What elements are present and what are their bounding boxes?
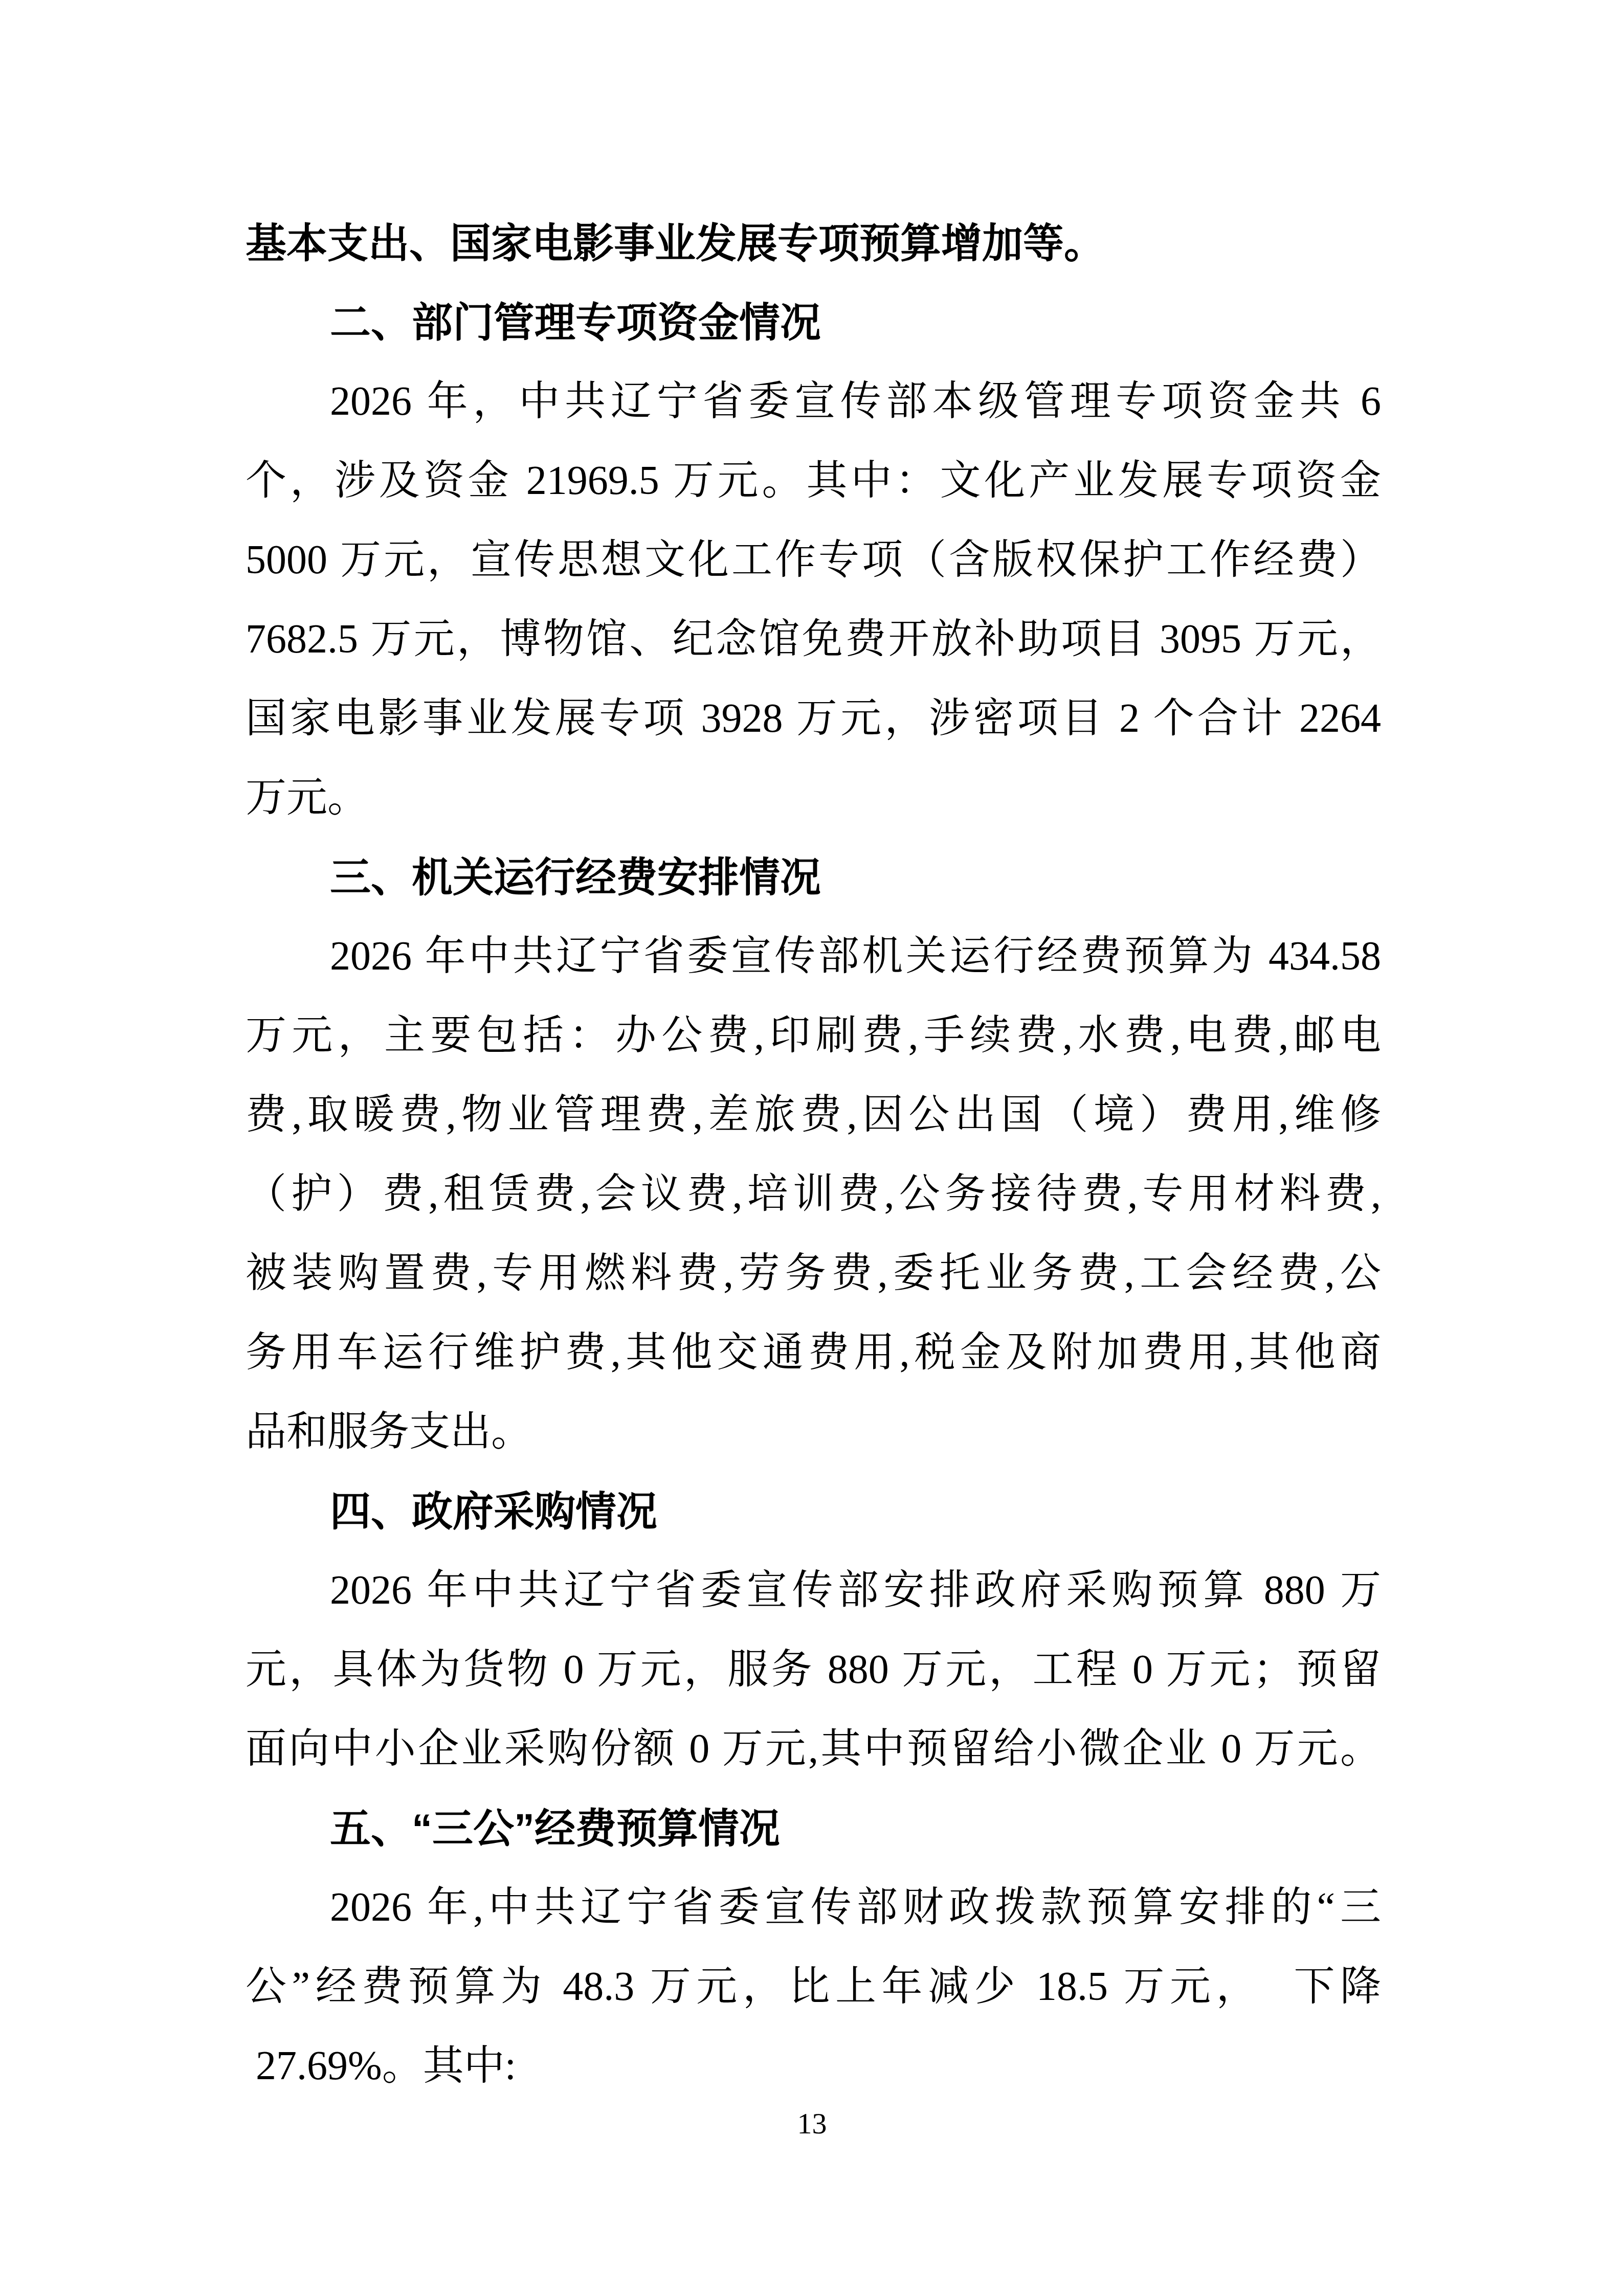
text-line: 四、政府采购情况 (246, 1472, 1381, 1551)
text-line: 五、“三公”经费预算情况 (246, 1789, 1381, 1868)
text-line: 公”经费预算为 48.3 万元，比上年减少 18.5 万元， 下降 (246, 1947, 1381, 2027)
text-line: 个，涉及资金 21969.5 万元。其中：文化产业发展专项资金 (246, 441, 1381, 521)
text-line: 元，具体为货物 0 万元，服务 880 万元，工程 0 万元；预留 (246, 1630, 1381, 1709)
page-number: 13 (0, 2106, 1624, 2142)
text-line: 5000 万元，宣传思想文化工作专项（含版权保护工作经费） (246, 521, 1381, 600)
text-line: 被装购置费,专用燃料费,劳务费,委托业务费,工会经费,公 (246, 1234, 1381, 1313)
text-line: 务用车运行维护费,其他交通费用,税金及附加费用,其他商 (246, 1313, 1381, 1392)
text-line: 7682.5 万元，博物馆、纪念馆免费开放补助项目 3095 万元， (246, 600, 1381, 679)
text-line: 27.69%。其中: (246, 2027, 1381, 2106)
text-line: 二、部门管理专项资金情况 (246, 283, 1381, 362)
text-line: 万元，主要包括：办公费,印刷费,手续费,水费,电费,邮电 (246, 996, 1381, 1075)
text-line: 面向中小企业采购份额 0 万元,其中预留给小微企业 0 万元。 (246, 1709, 1381, 1789)
text-line: 三、机关运行经费安排情况 (246, 838, 1381, 917)
text-line: 万元。 (246, 758, 1381, 838)
text-line: 2026 年，中共辽宁省委宣传部本级管理专项资金共 6 (246, 362, 1381, 441)
text-line: 国家电影事业发展专项 3928 万元，涉密项目 2 个合计 2264 (246, 679, 1381, 758)
text-line: 费,取暖费,物业管理费,差旅费,因公出国（境）费用,维修 (246, 1075, 1381, 1155)
text-line: 2026 年,中共辽宁省委宣传部财政拨款预算安排的“三 (246, 1868, 1381, 1947)
text-line: 基本支出、国家电影事业发展专项预算增加等。 (246, 204, 1381, 283)
document-page: 基本支出、国家电影事业发展专项预算增加等。二、部门管理专项资金情况2026 年，… (0, 0, 1624, 2296)
text-line: 2026 年中共辽宁省委宣传部安排政府采购预算 880 万 (246, 1551, 1381, 1630)
text-line: 品和服务支出。 (246, 1392, 1381, 1472)
text-line: 2026 年中共辽宁省委宣传部机关运行经费预算为 434.58 (246, 917, 1381, 996)
text-line: （护）费,租赁费,会议费,培训费,公务接待费,专用材料费, (246, 1155, 1381, 1234)
document-body: 基本支出、国家电影事业发展专项预算增加等。二、部门管理专项资金情况2026 年，… (246, 204, 1381, 2106)
